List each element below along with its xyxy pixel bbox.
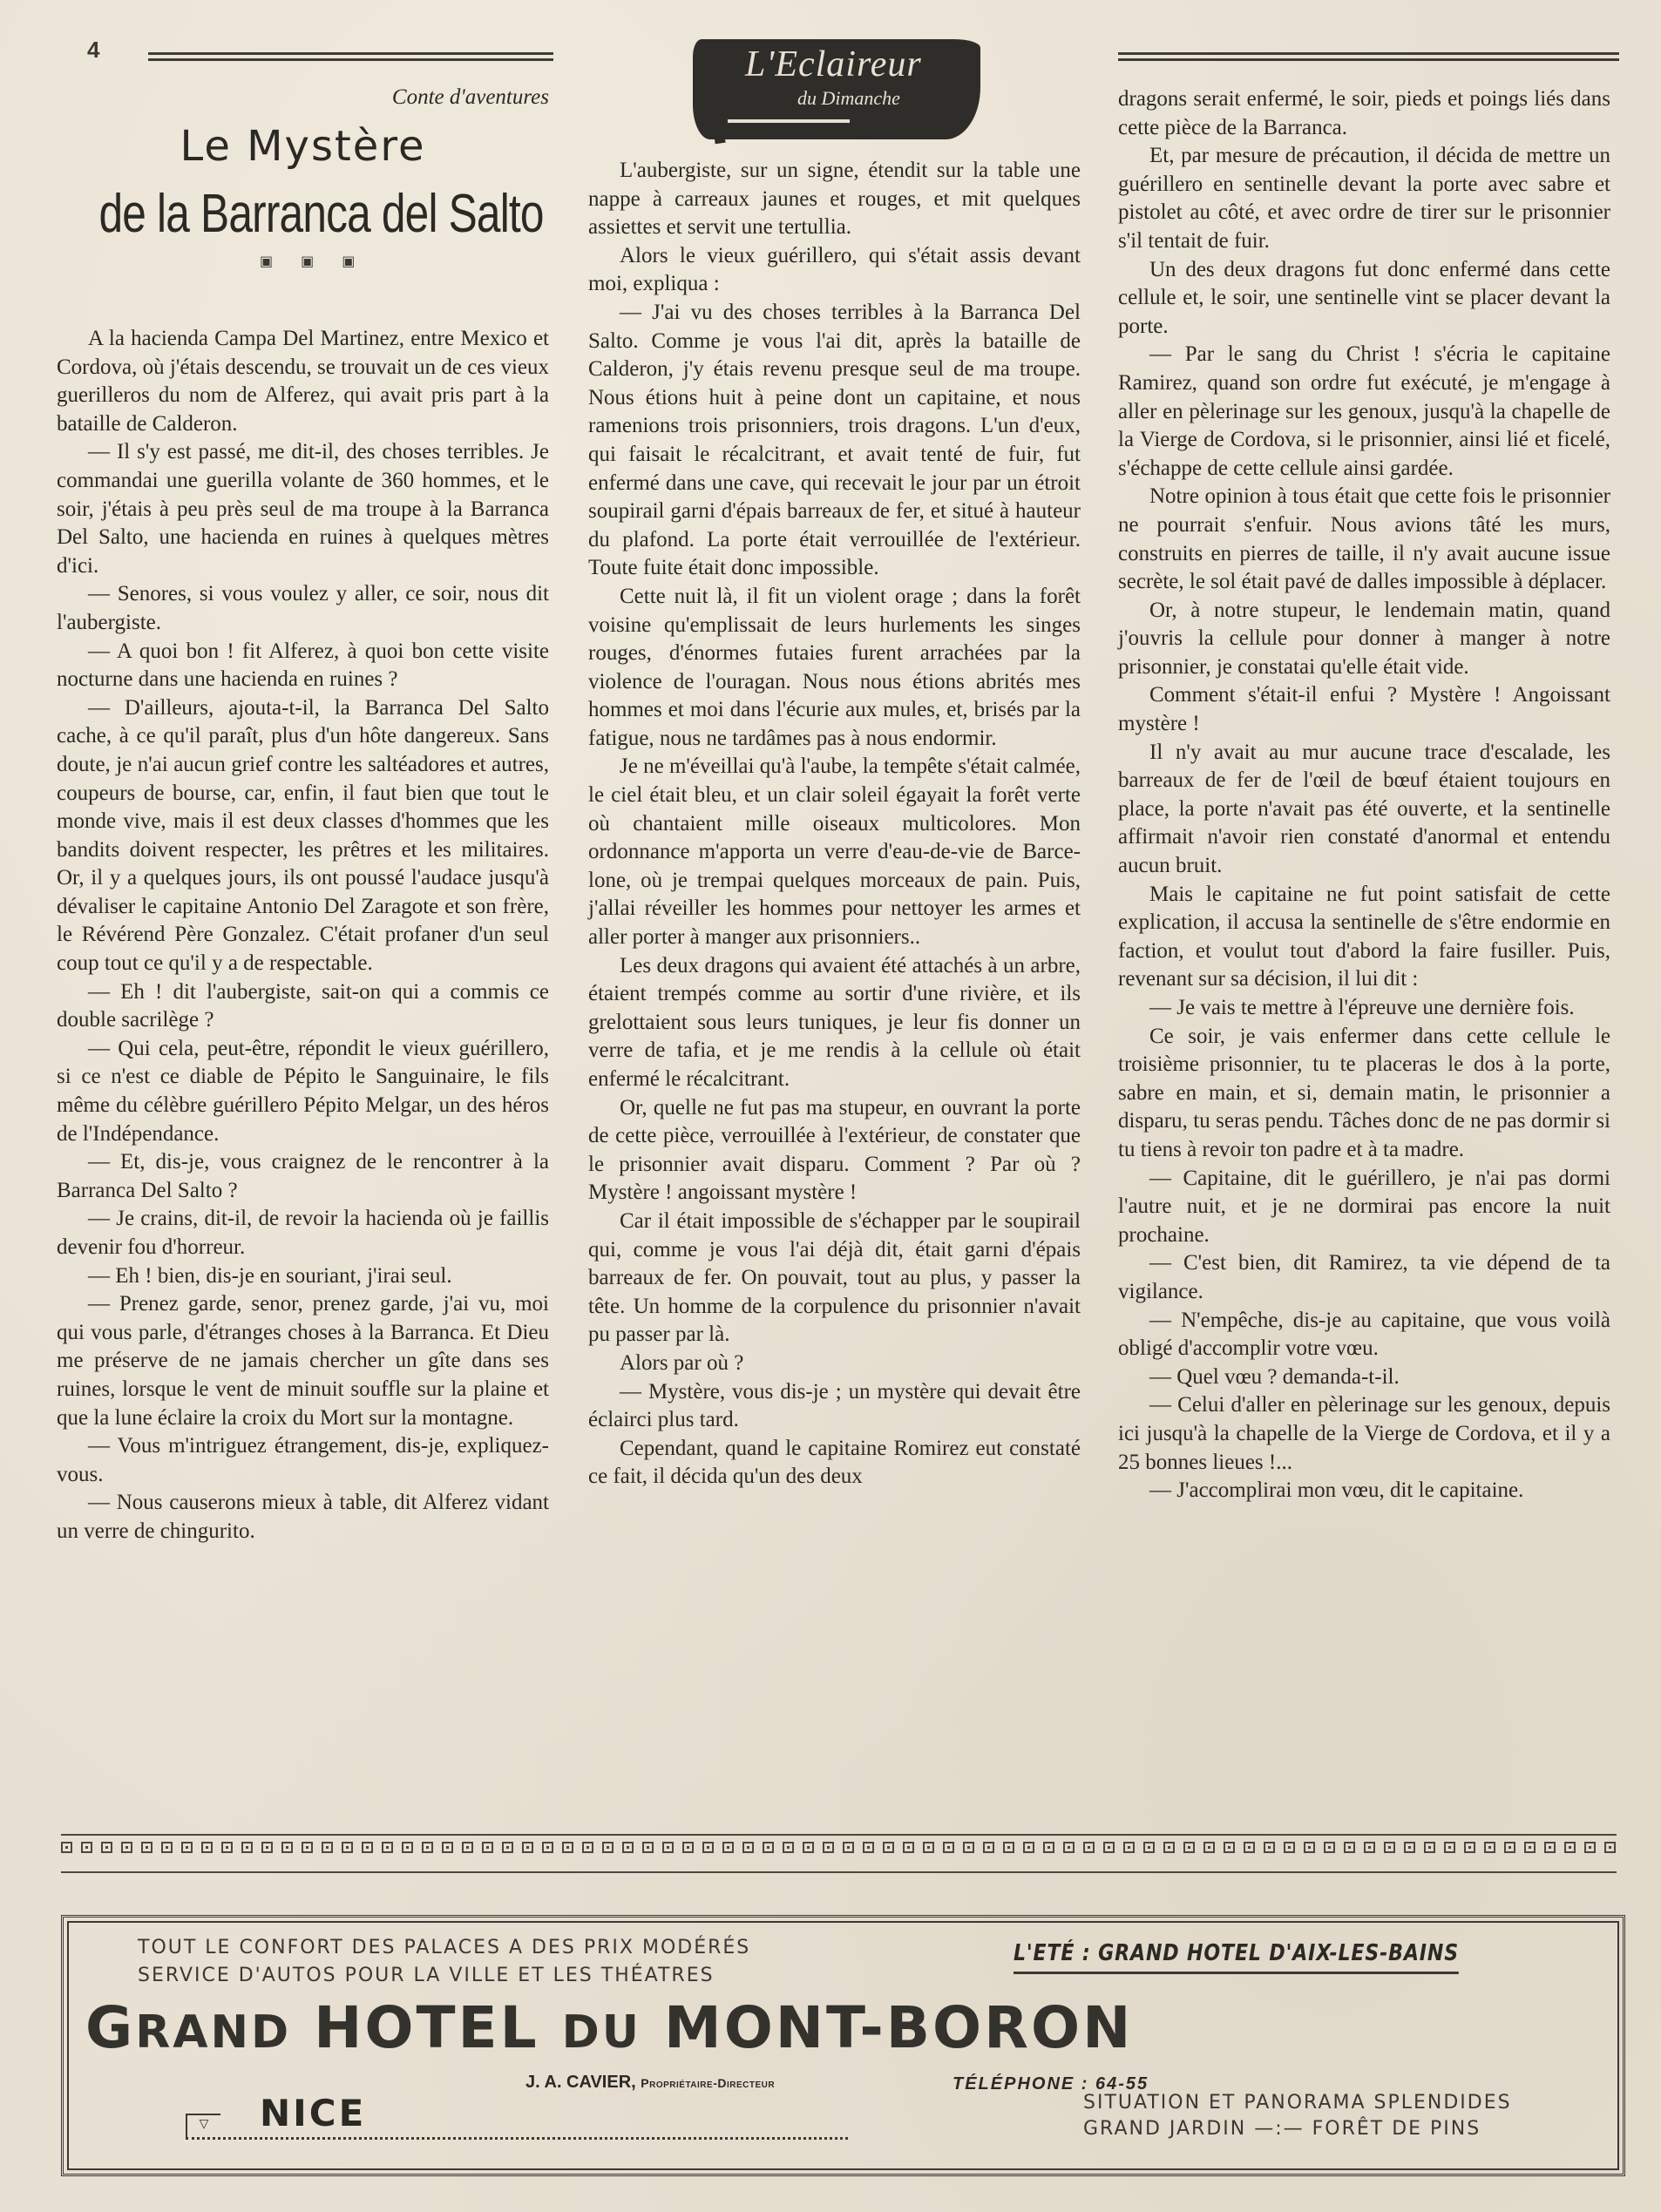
ornament-square <box>1544 1842 1556 1853</box>
ad-name-place: MONT-BORON <box>664 1994 1133 2061</box>
paragraph: Alors le vieux guérillero, qui s'était a… <box>588 242 1081 299</box>
ornament-square <box>1424 1842 1435 1853</box>
ornament-square <box>682 1842 694 1853</box>
paragraph: — Senores, si vous voulez y aller, ce so… <box>57 580 549 637</box>
ornament-square <box>803 1842 814 1853</box>
ornament-square <box>1043 1842 1054 1853</box>
paragraph: Cette nuit là, il fit un violent orage ;… <box>588 583 1081 754</box>
paragraph: — Il s'y est passé, me dit-il, des chose… <box>57 438 549 580</box>
tree-icon <box>702 48 725 145</box>
page-number: 4 <box>87 37 99 64</box>
article-column-1: A la hacienda Campa Del Martinez, entre … <box>57 325 549 1546</box>
article-column-2: L'aubergiste, sur un signe, étendit sur … <box>588 157 1081 1492</box>
masthead-title: L'Eclaireur <box>745 44 922 85</box>
paragraph: Or, à notre stupeur, le lendemain matin,… <box>1118 597 1610 682</box>
ornament-square <box>542 1842 553 1853</box>
ad-owner-name: J. A. CAVIER, <box>525 2073 636 2092</box>
ornament-square <box>281 1842 293 1853</box>
ornament-square <box>1504 1842 1515 1853</box>
ad-decorative-line <box>186 2137 848 2140</box>
ornament-square <box>642 1842 654 1853</box>
ornament-square <box>582 1842 593 1853</box>
paragraph: Comment s'était-il enfui ? Mystère ! An­… <box>1118 681 1610 738</box>
ornament-square <box>1123 1842 1135 1853</box>
ornament-square <box>61 1842 72 1853</box>
ornament-square <box>983 1842 994 1853</box>
ornament-square <box>1264 1842 1275 1853</box>
ad-feature-1: SITUATION ET PANORAMA SPLENDIDES <box>1083 2092 1512 2114</box>
ornament-square <box>923 1842 934 1853</box>
paragraph: — Prenez garde, senor, prenez garde, j'a… <box>57 1290 549 1432</box>
paragraph: Il n'y avait au mur aucune trace d'esca­… <box>1118 739 1610 881</box>
ad-hotel-name: GRAND HOTEL DU MONT-BORON <box>85 1994 1133 2061</box>
ornament-square <box>1484 1842 1495 1853</box>
ornament-square <box>382 1842 393 1853</box>
horizon-line <box>728 119 850 123</box>
ornament-square <box>763 1842 774 1853</box>
header-rule-left <box>148 52 553 61</box>
paragraph: — Celui d'aller en pèlerinage sur les ge… <box>1118 1391 1610 1477</box>
paragraph: — Vous m'intriguez étrangement, dis-je, … <box>57 1432 549 1489</box>
ornament-square <box>1364 1842 1375 1853</box>
article-title-line2: de la Barranca del Salto <box>99 183 507 245</box>
ornament-square <box>221 1842 233 1853</box>
separator-rule-top <box>61 1834 1617 1836</box>
ornament-square <box>462 1842 473 1853</box>
ornament-square <box>121 1842 132 1853</box>
paragraph: — Eh ! bien, dis-je en souriant, j'irai … <box>57 1262 549 1291</box>
ornament-square <box>1183 1842 1195 1853</box>
paragraph: — Je vais te mettre à l'épreuve une der­… <box>1118 994 1610 1023</box>
ornament-square <box>622 1842 634 1853</box>
ornament-square <box>823 1842 834 1853</box>
ornament-square <box>342 1842 353 1853</box>
paragraph: Notre opinion à tous était que cette foi… <box>1118 483 1610 596</box>
ornament-square <box>1444 1842 1455 1853</box>
paragraph: — N'empêche, dis-je au capitaine, que vo… <box>1118 1307 1610 1363</box>
ornament-square <box>1304 1842 1315 1853</box>
ornament-square <box>1103 1842 1115 1853</box>
article-title-line1: Le Mystère <box>57 122 549 171</box>
ornament-square <box>662 1842 674 1853</box>
ad-mark-icon: ▽ <box>186 2114 220 2138</box>
ornament-square <box>1404 1842 1415 1853</box>
article-kicker: Conte d'aventures <box>314 85 549 110</box>
paragraph: — A quoi bon ! fit Alferez, à quoi bon c… <box>57 638 549 694</box>
ornament-square <box>863 1842 874 1853</box>
paragraph: Et, par mesure de précaution, il décida … <box>1118 142 1610 255</box>
paragraph: Mais le capitaine ne fut point satisfait… <box>1118 881 1610 994</box>
ornament-square <box>482 1842 493 1853</box>
ornament-square <box>963 1842 974 1853</box>
ornament-square <box>943 1842 954 1853</box>
ornament-square <box>1604 1842 1616 1853</box>
paragraph: Je ne m'éveillai qu'à l'aube, la tempête… <box>588 753 1081 951</box>
header-rule-right <box>1118 52 1619 61</box>
ornament-square <box>302 1842 313 1853</box>
paragraph: Alors par où ? <box>588 1350 1081 1378</box>
paragraph: dragons serait enfermé, le soir, pieds e… <box>1118 85 1610 142</box>
ornament-square <box>1564 1842 1576 1853</box>
ornament-square <box>1244 1842 1255 1853</box>
masthead-logo: L'Eclaireur du Dimanche <box>693 39 980 139</box>
paragraph: Ce soir, je vais enfermer dans cette cel… <box>1118 1023 1610 1165</box>
ornament-square <box>783 1842 794 1853</box>
ornament-square <box>362 1842 373 1853</box>
ornament-square <box>1224 1842 1235 1853</box>
ornament-square <box>101 1842 112 1853</box>
ornament-square <box>1203 1842 1215 1853</box>
ornament-square <box>161 1842 173 1853</box>
ornament-square <box>702 1842 714 1853</box>
ornament-square <box>1083 1842 1095 1853</box>
ad-feature-2: GRAND JARDIN —:— FORÊT DE PINS <box>1083 2118 1481 2140</box>
paragraph: — J'accomplirai mon vœu, dit le capi­tai… <box>1118 1477 1610 1505</box>
ad-name-grand-initial: G <box>85 1994 135 2061</box>
ornament-square <box>1003 1842 1014 1853</box>
ornament-square <box>1324 1842 1335 1853</box>
ornament-square <box>322 1842 333 1853</box>
ornament-square <box>261 1842 273 1853</box>
paragraph: — D'ailleurs, ajouta-t-il, la Barranca D… <box>57 694 549 978</box>
article-column-3: dragons serait enfermé, le soir, pieds e… <box>1118 85 1610 1505</box>
ornament-square <box>442 1842 453 1853</box>
ornament-square <box>81 1842 92 1853</box>
ornament-square <box>1023 1842 1034 1853</box>
paragraph: Or, quelle ne fut pas ma stupeur, en ou­… <box>588 1094 1081 1207</box>
ornament-square <box>1384 1842 1395 1853</box>
ornament-square <box>1584 1842 1596 1853</box>
ornament-square <box>241 1842 253 1853</box>
ornament-square <box>1163 1842 1175 1853</box>
separator-rule-bottom <box>61 1871 1617 1873</box>
ornament-square <box>1063 1842 1075 1853</box>
ad-summer-hotel: L'ETÉ : GRAND HOTEL D'AIX-LES-BAINS <box>1014 1940 1459 1974</box>
ornament-square <box>883 1842 894 1853</box>
paragraph: — Eh ! dit l'aubergiste, sait-on qui a c… <box>57 978 549 1035</box>
paragraph: Car il était impossible de s'échapper pa… <box>588 1207 1081 1350</box>
title-ornament: ▣ ▣ ▣ <box>260 253 367 270</box>
paragraph: — Par le sang du Christ ! s'écria le cap… <box>1118 341 1610 483</box>
paragraph: — Et, dis-je, vous craignez de le rencon… <box>57 1148 549 1205</box>
ad-name-grand-rest: RAND <box>135 2006 291 2059</box>
paragraph: — Quel vœu ? demanda-t-il. <box>1118 1363 1610 1392</box>
ornament-square <box>1344 1842 1355 1853</box>
ornament-square <box>602 1842 614 1853</box>
ornament-square <box>522 1842 533 1853</box>
paragraph: Cependant, quand le capitaine Romirez eu… <box>588 1435 1081 1492</box>
paragraph: — Je crains, dit-il, de revoir la hacien… <box>57 1205 549 1262</box>
ornament-square <box>742 1842 754 1853</box>
hotel-advertisement: TOUT LE CONFORT DES PALACES A DES PRIX M… <box>61 1915 1625 2176</box>
ornament-square <box>1143 1842 1155 1853</box>
ornament-band <box>61 1842 1617 1861</box>
ornament-square <box>422 1842 433 1853</box>
paragraph: Un des deux dragons fut donc enfermé dan… <box>1118 256 1610 342</box>
ornament-square <box>502 1842 513 1853</box>
ad-owner-role: Propriétaire-Directeur <box>641 2076 775 2090</box>
ad-tagline-2: SERVICE D'AUTOS POUR LA VILLE ET LES THÉ… <box>138 1965 715 1986</box>
ad-city: NICE <box>260 2092 366 2134</box>
paragraph: — Mystère, vous dis-je ; un mystère qui … <box>588 1378 1081 1435</box>
ad-name-du: DU <box>562 2006 641 2059</box>
ornament-square <box>562 1842 573 1853</box>
paragraph: L'aubergiste, sur un signe, étendit sur … <box>588 157 1081 242</box>
paragraph: — C'est bien, dit Ramirez, ta vie dépend… <box>1118 1249 1610 1306</box>
ornament-square <box>843 1842 854 1853</box>
ad-owner: J. A. CAVIER, Propriétaire-Directeur <box>525 2073 775 2093</box>
paragraph: — Nous causerons mieux à table, dit Alfe… <box>57 1489 549 1546</box>
ornament-square <box>181 1842 193 1853</box>
ornament-square <box>722 1842 734 1853</box>
ad-name-hotel: HOTEL <box>314 1994 539 2061</box>
ad-tagline-1: TOUT LE CONFORT DES PALACES A DES PRIX M… <box>138 1937 750 1958</box>
ornament-square <box>1524 1842 1536 1853</box>
paragraph: Les deux dragons qui avaient été attaché… <box>588 952 1081 1094</box>
paragraph: — Capitaine, dit le guérillero, je n'ai … <box>1118 1165 1610 1250</box>
paragraph: — J'ai vu des choses terribles à la Bar­… <box>588 299 1081 583</box>
paragraph: — Qui cela, peut-être, répondit le vieux… <box>57 1035 549 1148</box>
ornament-square <box>201 1842 213 1853</box>
ornament-square <box>141 1842 153 1853</box>
ornament-square <box>1464 1842 1475 1853</box>
ornament-square <box>1284 1842 1295 1853</box>
masthead-subtitle: du Dimanche <box>797 87 900 110</box>
paragraph: A la hacienda Campa Del Martinez, entre … <box>57 325 549 438</box>
ornament-square <box>903 1842 914 1853</box>
ornament-square <box>402 1842 413 1853</box>
